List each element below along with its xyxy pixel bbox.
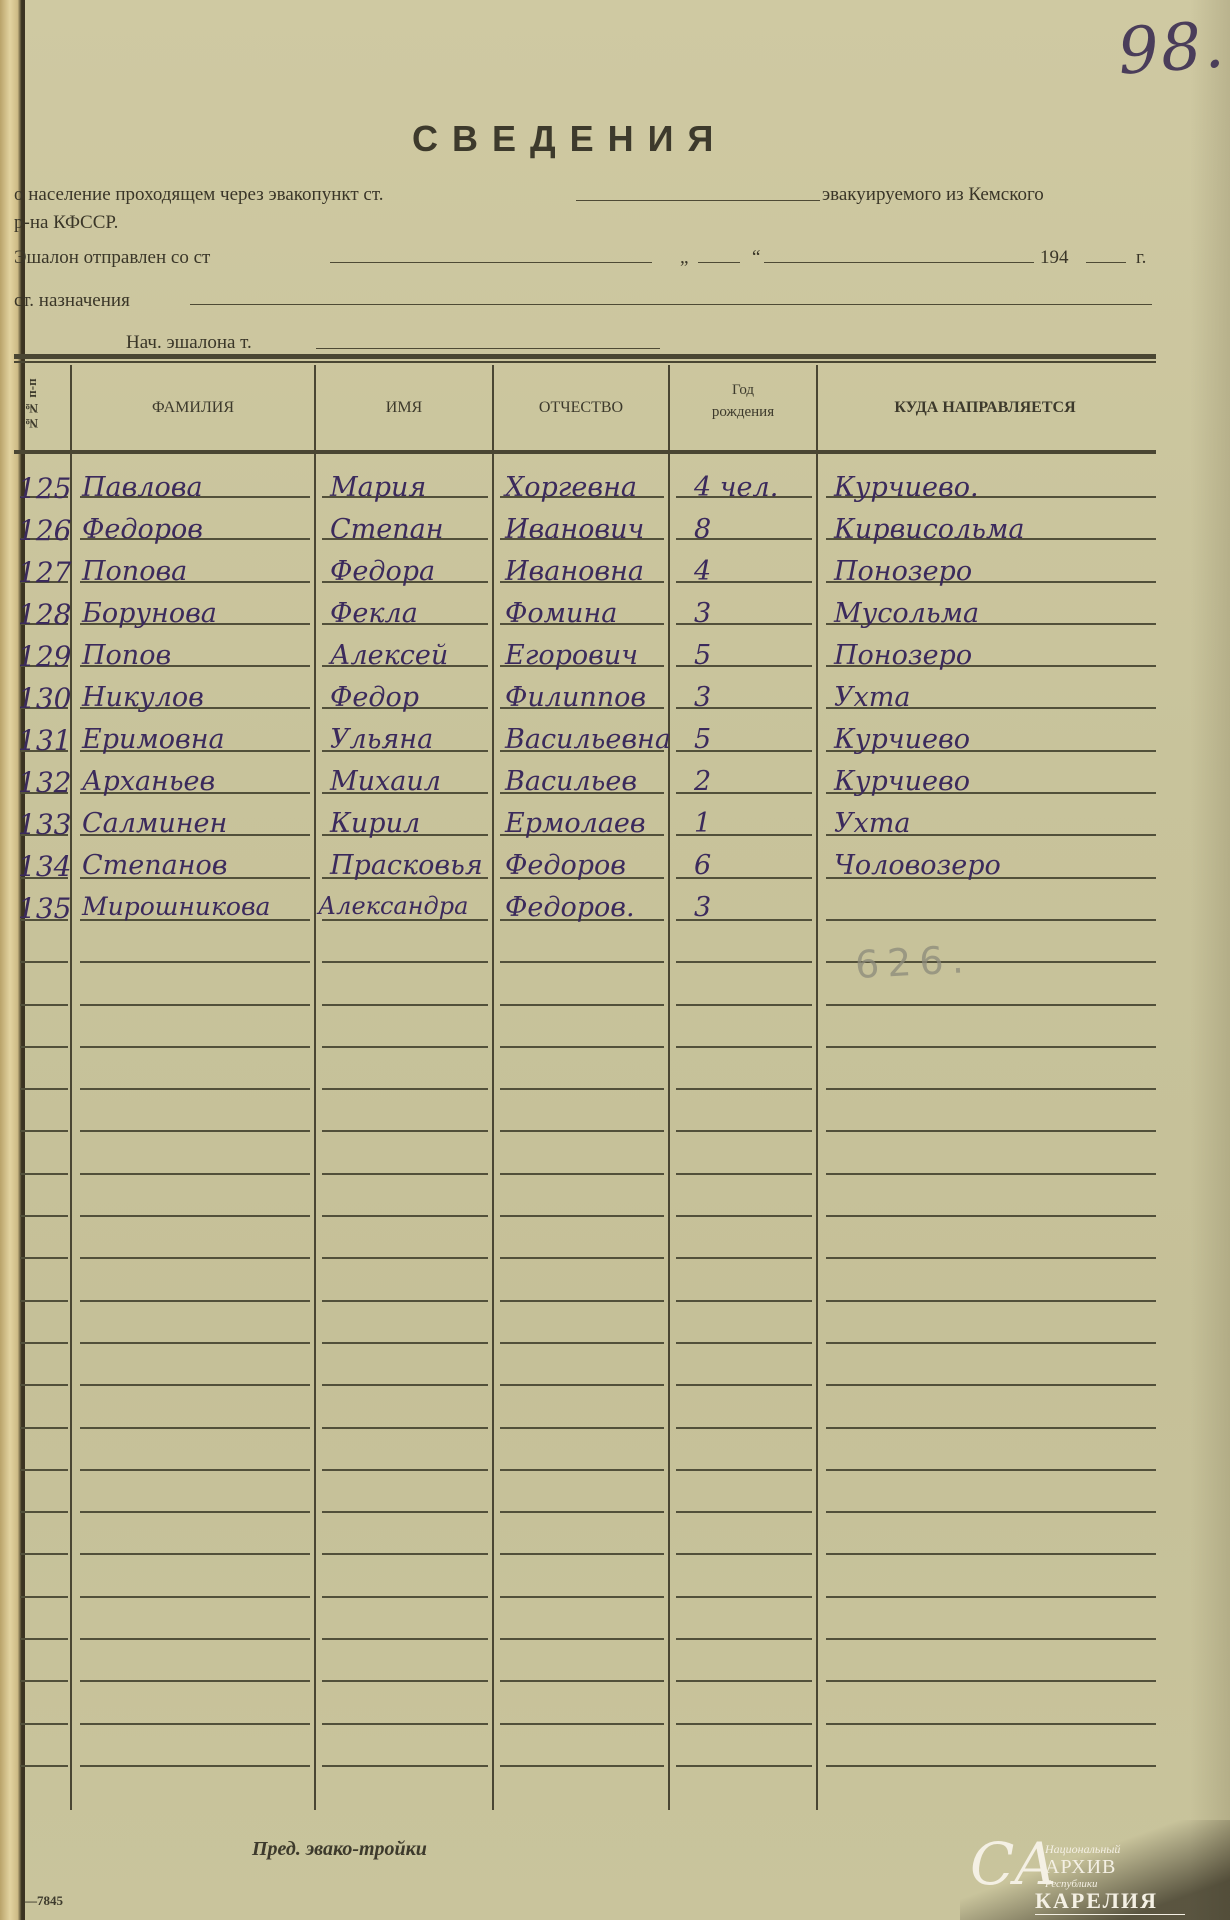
row-rule bbox=[500, 1427, 664, 1429]
row-rule bbox=[826, 1257, 1156, 1259]
row-count: 6 bbox=[694, 850, 711, 881]
page-shadow bbox=[1190, 0, 1230, 1920]
row-rule bbox=[322, 1680, 488, 1682]
row-count: 8 bbox=[694, 514, 711, 545]
table-top-rule-thin bbox=[14, 361, 1156, 363]
row-rule bbox=[676, 1511, 812, 1513]
row-rule bbox=[322, 1342, 488, 1344]
date-quote-close: “ bbox=[752, 247, 760, 269]
row-rule bbox=[20, 1300, 68, 1302]
row-rule bbox=[322, 961, 488, 963]
row-rule bbox=[500, 1469, 664, 1471]
row-rule bbox=[500, 1765, 664, 1767]
row-rule bbox=[20, 1638, 68, 1640]
row-patronymic: Федоров. bbox=[505, 892, 635, 923]
row-rule bbox=[322, 1765, 488, 1767]
row-rule bbox=[80, 1723, 310, 1725]
row-rule bbox=[80, 1088, 310, 1090]
row-surname: Арханьев bbox=[82, 766, 215, 797]
date-month-field[interactable] bbox=[764, 262, 1034, 263]
row-destination: Ухта bbox=[834, 682, 910, 713]
watermark-line1: Национальный bbox=[1045, 1842, 1120, 1857]
row-patronymic: Егорович bbox=[505, 640, 638, 671]
row-destination: Понозеро bbox=[834, 556, 972, 587]
row-rule bbox=[20, 1723, 68, 1725]
row-rule bbox=[322, 1638, 488, 1640]
row-rule bbox=[676, 1384, 812, 1386]
row-count: 5 bbox=[694, 640, 711, 671]
column-divider-2 bbox=[314, 365, 316, 1810]
row-rule bbox=[322, 1088, 488, 1090]
row-destination: Чоловозеро bbox=[834, 850, 1001, 881]
row-rule bbox=[676, 1680, 812, 1682]
row-rule bbox=[322, 1215, 488, 1217]
row-patronymic: Васильев bbox=[505, 766, 637, 797]
row-rule bbox=[322, 1427, 488, 1429]
row-number: 134 bbox=[18, 850, 71, 883]
row-rule bbox=[20, 1511, 68, 1513]
row-name: Мария bbox=[330, 472, 426, 503]
header-birth-year-line1: Год bbox=[670, 378, 816, 402]
row-count: 4 чел. bbox=[694, 472, 778, 503]
row-rule bbox=[20, 1596, 68, 1598]
document-title: СВЕДЕНИЯ bbox=[412, 118, 727, 160]
row-rule bbox=[80, 1469, 310, 1471]
row-rule bbox=[80, 1300, 310, 1302]
header-patronymic: ОТЧЕСТВО bbox=[494, 365, 668, 450]
row-rule bbox=[20, 1088, 68, 1090]
row-surname: Попова bbox=[82, 556, 187, 587]
row-count: 3 bbox=[694, 598, 711, 629]
echelon-sent-label: Эшалон отправлен со ст bbox=[14, 247, 210, 269]
row-name: Прасковья bbox=[330, 850, 483, 881]
row-rule bbox=[826, 1680, 1156, 1682]
row-number: 133 bbox=[18, 808, 71, 841]
row-rule bbox=[80, 1130, 310, 1132]
row-rule bbox=[676, 1130, 812, 1132]
header-surname: ФАМИЛИЯ bbox=[72, 365, 314, 450]
row-rule bbox=[322, 1553, 488, 1555]
row-rule bbox=[826, 1765, 1156, 1767]
departure-station-field[interactable] bbox=[330, 262, 652, 263]
row-rule bbox=[500, 1553, 664, 1555]
row-name: Федор bbox=[330, 682, 419, 713]
row-rule bbox=[20, 1046, 68, 1048]
row-rule bbox=[20, 1004, 68, 1006]
row-rule bbox=[80, 1173, 310, 1175]
row-rule bbox=[500, 1004, 664, 1006]
row-destination: Ухта bbox=[834, 808, 910, 839]
row-rule bbox=[676, 1173, 812, 1175]
row-destination: Курчиево. bbox=[834, 472, 979, 503]
row-rule bbox=[322, 1046, 488, 1048]
row-destination: Курчиево bbox=[834, 766, 970, 797]
row-rule bbox=[676, 1553, 812, 1555]
column-divider-5 bbox=[816, 365, 818, 1810]
row-rule bbox=[20, 1680, 68, 1682]
watermark-quill-rule bbox=[1035, 1914, 1185, 1915]
row-name: Ульяна bbox=[330, 724, 433, 755]
row-name: Александра bbox=[318, 892, 468, 920]
document-page bbox=[25, 0, 1230, 1920]
row-rule bbox=[676, 1257, 812, 1259]
date-day-field[interactable] bbox=[698, 262, 740, 263]
header-destination: КУДА НАПРАВЛЯЕТСЯ bbox=[818, 365, 1152, 450]
row-surname: Мирошникова bbox=[82, 892, 270, 921]
row-number: 131 bbox=[18, 724, 71, 757]
row-rule bbox=[676, 961, 812, 963]
row-rule bbox=[826, 1596, 1156, 1598]
echelon-chief-label: Нач. эшалона т. bbox=[126, 332, 252, 354]
row-number: 132 bbox=[18, 766, 71, 799]
watermark-line4: КАРЕЛИЯ bbox=[1035, 1888, 1158, 1914]
row-count: 5 bbox=[694, 724, 711, 755]
row-rule bbox=[500, 1130, 664, 1132]
row-rule bbox=[20, 961, 68, 963]
row-rule bbox=[80, 1004, 310, 1006]
row-rule bbox=[20, 1342, 68, 1344]
row-rule bbox=[80, 1596, 310, 1598]
row-name: Михаил bbox=[330, 766, 441, 797]
transit-station-field[interactable] bbox=[576, 200, 820, 201]
row-rule bbox=[676, 1427, 812, 1429]
row-rule bbox=[826, 1300, 1156, 1302]
header-number: №№ п-п bbox=[24, 370, 54, 440]
row-count: 3 bbox=[694, 682, 711, 713]
year-suffix: г. bbox=[1136, 247, 1146, 269]
row-surname: Степанов bbox=[82, 850, 227, 881]
row-rule bbox=[826, 1427, 1156, 1429]
row-rule bbox=[676, 1638, 812, 1640]
row-rule bbox=[322, 1469, 488, 1471]
row-rule bbox=[80, 961, 310, 963]
table-top-rule bbox=[14, 354, 1156, 359]
row-rule bbox=[322, 1511, 488, 1513]
row-name: Алексей bbox=[330, 640, 448, 671]
row-rule bbox=[20, 1130, 68, 1132]
row-surname: Борунова bbox=[82, 598, 217, 629]
row-number: 126 bbox=[18, 514, 71, 547]
row-rule bbox=[676, 1765, 812, 1767]
row-count: 2 bbox=[694, 766, 711, 797]
row-count: 1 bbox=[694, 808, 711, 839]
row-rule bbox=[500, 1215, 664, 1217]
row-rule bbox=[80, 1680, 310, 1682]
row-rule bbox=[20, 1553, 68, 1555]
row-surname: Федоров bbox=[82, 514, 203, 545]
row-surname: Салминен bbox=[82, 808, 227, 839]
row-rule bbox=[676, 1088, 812, 1090]
row-rule bbox=[676, 1300, 812, 1302]
pencil-total: 626. bbox=[854, 937, 973, 987]
row-rule bbox=[500, 961, 664, 963]
row-patronymic: Ермолаев bbox=[505, 808, 646, 839]
row-rule bbox=[676, 1215, 812, 1217]
row-rule bbox=[826, 1723, 1156, 1725]
row-rule bbox=[20, 1469, 68, 1471]
row-rule bbox=[826, 1046, 1156, 1048]
row-rule bbox=[676, 1596, 812, 1598]
row-name: Кирил bbox=[330, 808, 420, 839]
row-surname: Павлова bbox=[82, 472, 203, 503]
row-rule bbox=[676, 1004, 812, 1006]
destination-station-label: ст. назначения bbox=[14, 290, 130, 312]
row-rule bbox=[826, 1638, 1156, 1640]
year-prefix: 194 bbox=[1040, 247, 1069, 269]
row-count: 4 bbox=[694, 556, 711, 587]
archive-watermark-logo: CA Национальный АРХИВ Республики КАРЕЛИЯ bbox=[960, 1820, 1230, 1920]
row-rule bbox=[500, 1384, 664, 1386]
row-rule bbox=[80, 1427, 310, 1429]
row-patronymic: Хоргевна bbox=[505, 472, 637, 503]
row-destination: Курчиево bbox=[834, 724, 970, 755]
row-rule bbox=[676, 1046, 812, 1048]
row-name: Фекла bbox=[330, 598, 418, 629]
row-destination: Кирвисольма bbox=[834, 514, 1024, 545]
column-divider-3 bbox=[492, 365, 494, 1810]
row-rule bbox=[20, 1384, 68, 1386]
row-surname: Попов bbox=[82, 640, 171, 671]
row-rule bbox=[826, 1469, 1156, 1471]
folio-number: 98. bbox=[1116, 8, 1229, 89]
row-rule bbox=[322, 1257, 488, 1259]
row-patronymic: Ивановна bbox=[505, 556, 644, 587]
row-name: Степан bbox=[330, 514, 444, 545]
row-rule bbox=[80, 1765, 310, 1767]
year-field[interactable] bbox=[1086, 262, 1126, 263]
row-rule bbox=[322, 1173, 488, 1175]
row-rule bbox=[500, 1257, 664, 1259]
row-rule bbox=[500, 1638, 664, 1640]
watermark-line2: АРХИВ bbox=[1045, 1856, 1116, 1879]
destination-station-field[interactable] bbox=[190, 304, 1152, 305]
echelon-chief-field[interactable] bbox=[316, 348, 660, 349]
row-patronymic: Фомина bbox=[505, 598, 617, 629]
row-rule bbox=[20, 1765, 68, 1767]
row-rule bbox=[80, 1511, 310, 1513]
row-rule bbox=[826, 1553, 1156, 1555]
row-rule bbox=[676, 1723, 812, 1725]
row-rule bbox=[322, 1596, 488, 1598]
row-count: 3 bbox=[694, 892, 711, 923]
row-rule bbox=[500, 1680, 664, 1682]
row-rule bbox=[80, 1342, 310, 1344]
row-rule bbox=[826, 1215, 1156, 1217]
row-number: 129 bbox=[18, 640, 71, 673]
row-patronymic: Федоров bbox=[505, 850, 626, 881]
row-rule bbox=[20, 1215, 68, 1217]
row-number: 127 bbox=[18, 556, 71, 589]
row-rule bbox=[80, 1553, 310, 1555]
row-rule bbox=[826, 919, 1156, 921]
row-rule bbox=[322, 1723, 488, 1725]
row-rule bbox=[322, 1384, 488, 1386]
row-surname: Еримовна bbox=[82, 724, 225, 755]
row-number: 135 bbox=[18, 892, 71, 925]
row-rule bbox=[676, 1342, 812, 1344]
row-rule bbox=[500, 1088, 664, 1090]
row-rule bbox=[80, 1638, 310, 1640]
row-rule bbox=[322, 1004, 488, 1006]
date-quote-open: „ bbox=[680, 247, 688, 269]
intro-line-1-right: эвакуируемого из Кемского bbox=[822, 184, 1044, 206]
header-name: ИМЯ bbox=[316, 365, 492, 450]
row-patronymic: Филиппов bbox=[505, 682, 646, 713]
row-destination: Мусольма bbox=[834, 598, 979, 629]
row-rule bbox=[322, 1130, 488, 1132]
row-rule bbox=[80, 1215, 310, 1217]
print-code: —7845 bbox=[24, 1893, 63, 1909]
row-rule bbox=[80, 1046, 310, 1048]
row-destination: Понозеро bbox=[834, 640, 972, 671]
row-rule bbox=[80, 1384, 310, 1386]
column-divider-4 bbox=[668, 365, 670, 1810]
row-rule bbox=[500, 1300, 664, 1302]
row-rule bbox=[826, 1088, 1156, 1090]
row-rule bbox=[500, 1596, 664, 1598]
row-number: 125 bbox=[18, 472, 71, 505]
row-rule bbox=[20, 1173, 68, 1175]
signature-label: Пред. эвако-тройки bbox=[252, 1838, 427, 1861]
row-rule bbox=[500, 1342, 664, 1344]
row-rule bbox=[826, 1173, 1156, 1175]
header-birth-year-line2: рождения bbox=[670, 400, 816, 424]
row-rule bbox=[826, 1511, 1156, 1513]
book-binding bbox=[0, 0, 22, 1920]
row-rule bbox=[826, 1342, 1156, 1344]
row-rule bbox=[20, 1257, 68, 1259]
row-number: 130 bbox=[18, 682, 71, 715]
intro-line-2: р-на КФССР. bbox=[14, 212, 118, 234]
row-patronymic: Иванович bbox=[505, 514, 644, 545]
row-rule bbox=[80, 1257, 310, 1259]
row-number: 128 bbox=[18, 598, 71, 631]
row-rule bbox=[676, 1469, 812, 1471]
row-name: Федора bbox=[330, 556, 435, 587]
row-patronymic: Васильевна bbox=[505, 724, 671, 755]
row-rule bbox=[20, 1427, 68, 1429]
intro-line-1-left: о население проходящем через эвакопункт … bbox=[14, 184, 383, 206]
row-surname: Никулов bbox=[82, 682, 204, 713]
row-rule bbox=[826, 1130, 1156, 1132]
table-header-bottom-rule bbox=[14, 450, 1156, 454]
row-rule bbox=[826, 1384, 1156, 1386]
row-rule bbox=[826, 1004, 1156, 1006]
row-rule bbox=[500, 1046, 664, 1048]
row-rule bbox=[500, 1723, 664, 1725]
row-rule bbox=[500, 1173, 664, 1175]
row-rule bbox=[322, 1300, 488, 1302]
row-rule bbox=[500, 1511, 664, 1513]
